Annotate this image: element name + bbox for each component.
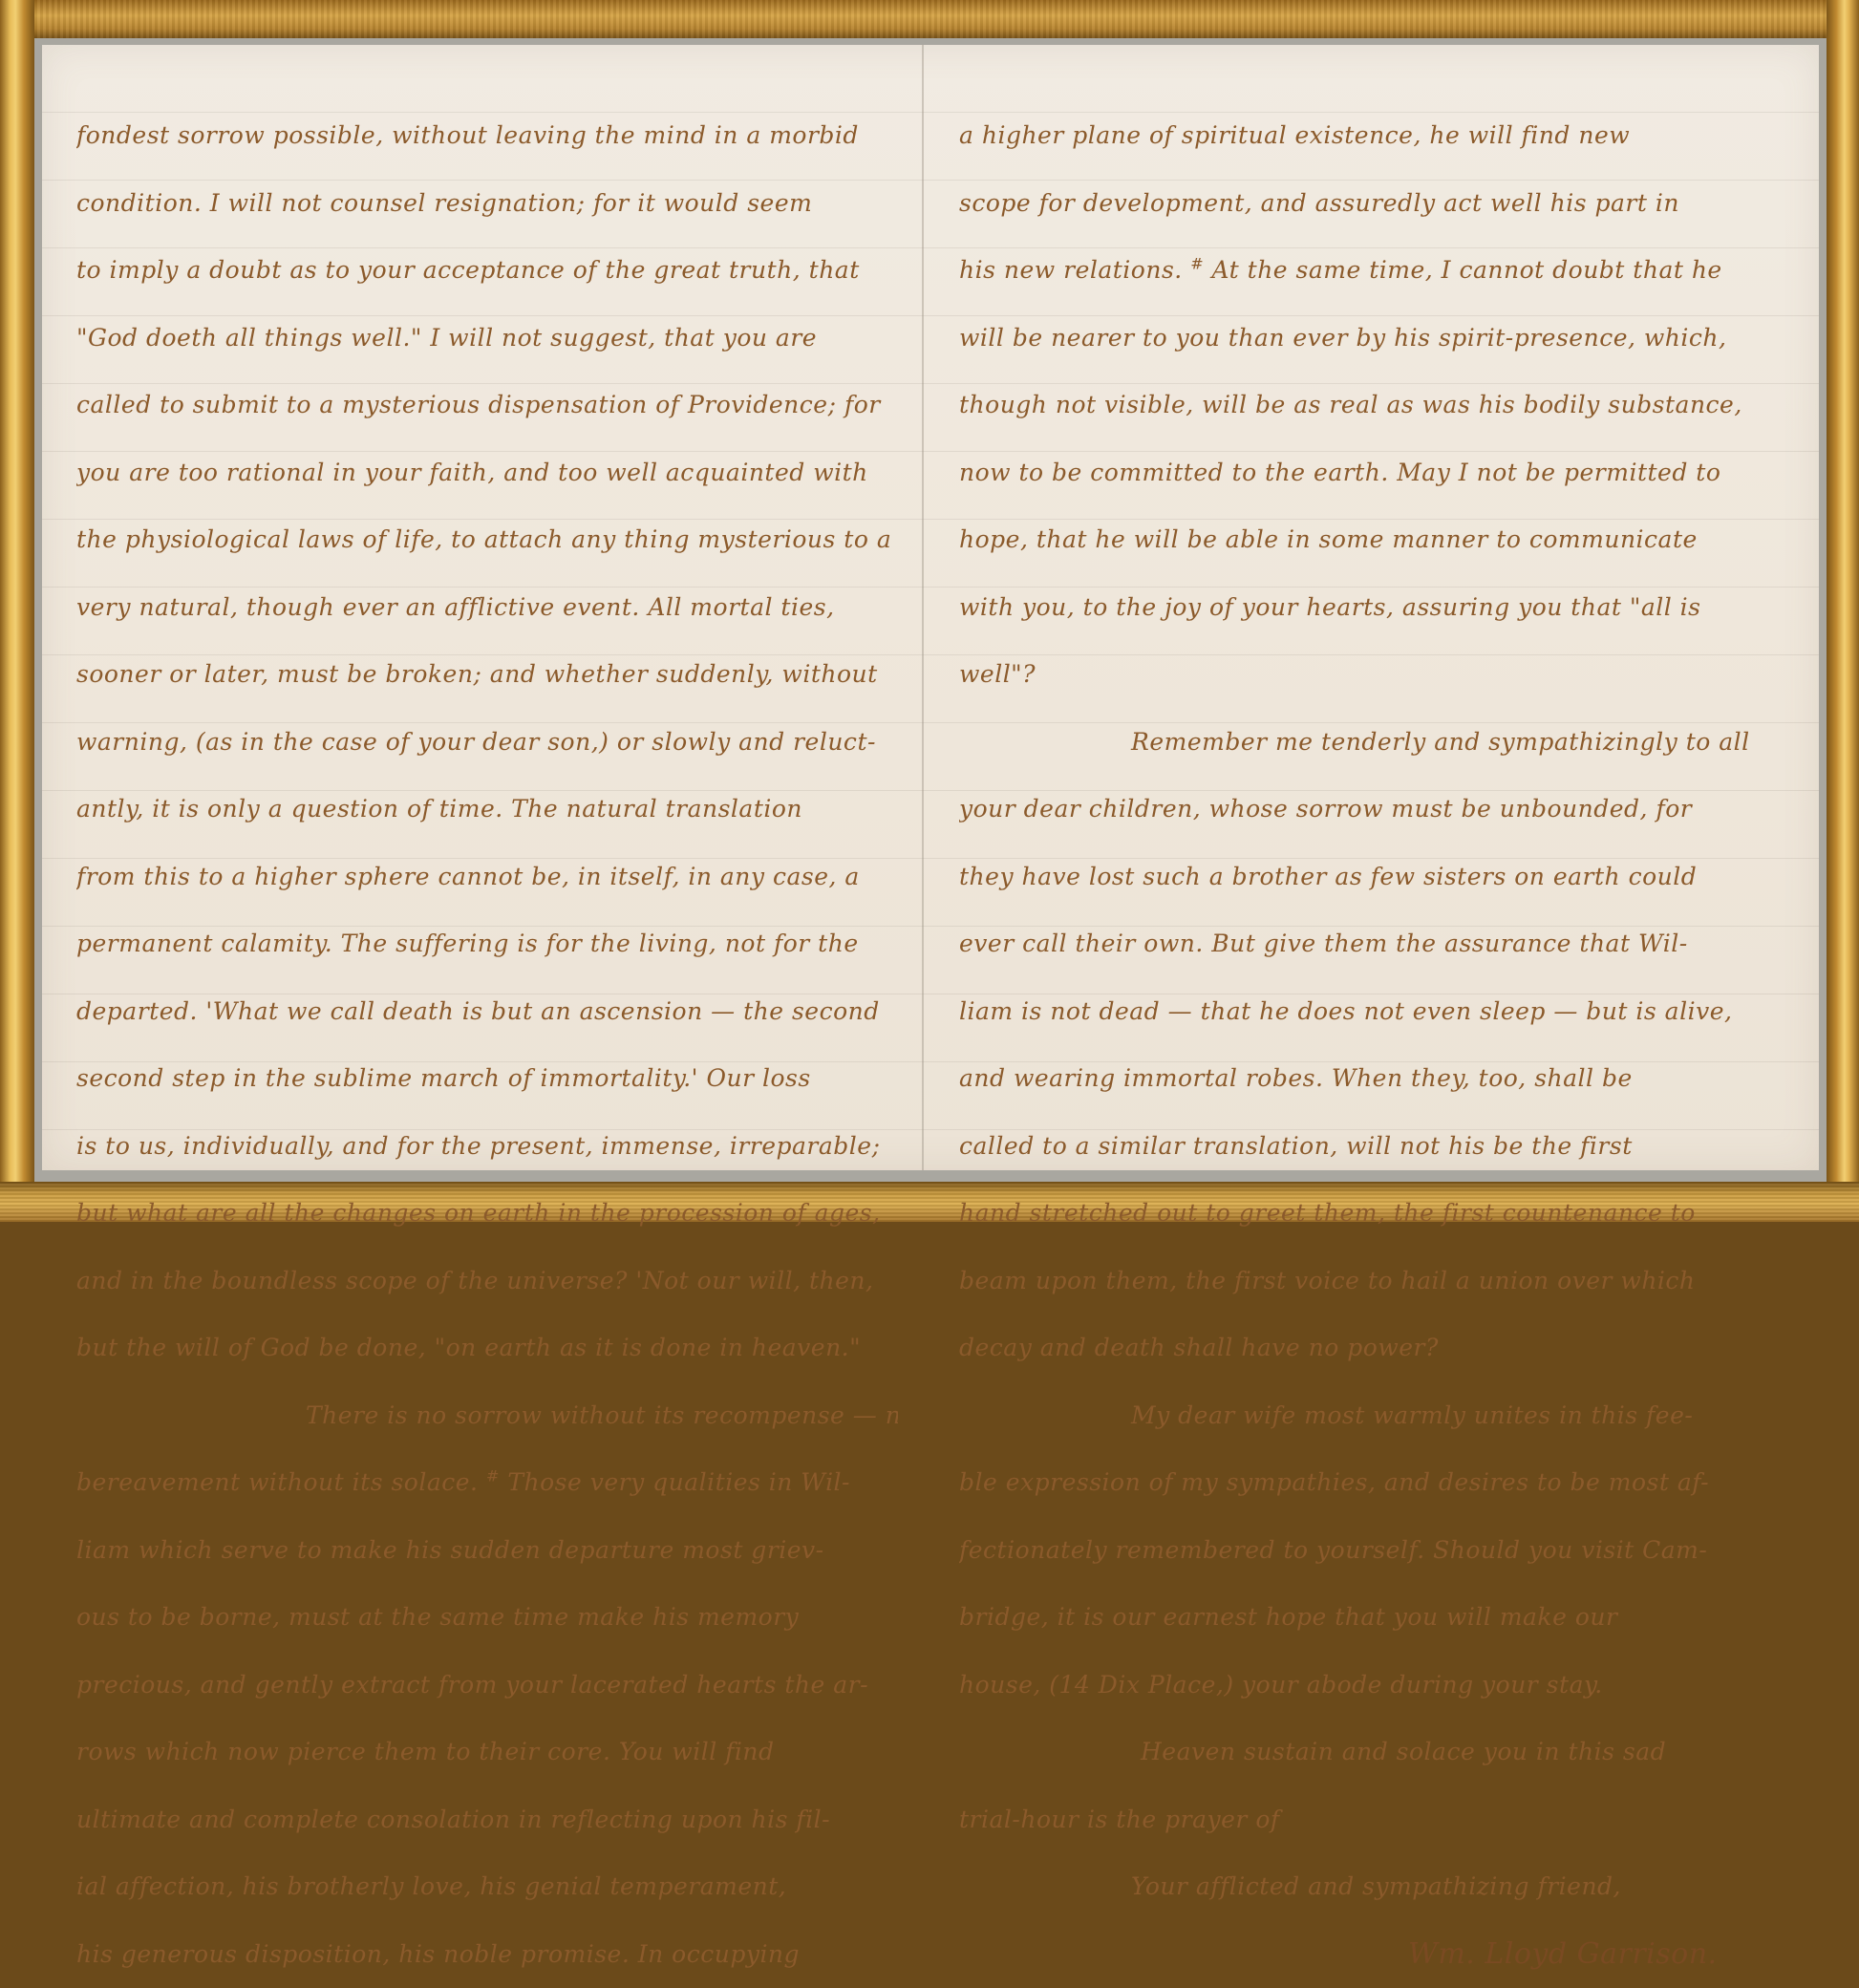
- frame-left-rail: [0, 0, 34, 1222]
- center-fold-crease: [922, 45, 924, 1170]
- text-segment: his new relations.: [959, 256, 1183, 284]
- text-line: with you, to the joy of your hearts, ass…: [959, 574, 1781, 642]
- paragraph-start-line: Remember me tenderly and sympathizingly …: [959, 709, 1781, 777]
- text-line: well"?: [959, 641, 1781, 709]
- insertion-mark: #: [1190, 255, 1204, 273]
- text-line: second step in the sublime march of immo…: [76, 1045, 898, 1113]
- text-line: called to a similar translation, will no…: [959, 1113, 1781, 1181]
- letter-sheet: fondest sorrow possible, without leaving…: [42, 45, 1819, 1170]
- text-line: scope for development, and assuredly act…: [959, 170, 1781, 238]
- text-line: is to us, individually, and for the pres…: [76, 1113, 898, 1181]
- text-line: now to be committed to the earth. May I …: [959, 439, 1781, 507]
- text-line: called to submit to a mysterious dispens…: [76, 372, 898, 439]
- text-line: permanent calamity. The suffering is for…: [76, 910, 898, 978]
- text-line: warning, (as in the case of your dear so…: [76, 709, 898, 777]
- text-line: they have lost such a brother as few sis…: [959, 844, 1781, 911]
- text-line: from this to a higher sphere cannot be, …: [76, 844, 898, 911]
- left-page: fondest sorrow possible, without leaving…: [76, 102, 898, 1222]
- text-line: antly, it is only a question of time. Th…: [76, 776, 898, 844]
- text-line: liam is not dead — that he does not even…: [959, 978, 1781, 1046]
- text-line: fondest sorrow possible, without leaving…: [76, 102, 898, 170]
- text-line: but what are all the changes on earth in…: [76, 1180, 898, 1222]
- frame-right-rail: [1827, 0, 1859, 1222]
- frame-top-rail: [0, 0, 1859, 38]
- text-line-with-insertion: his new relations. # At the same time, I…: [959, 237, 1781, 305]
- text-line: to imply a doubt as to your acceptance o…: [76, 237, 898, 305]
- right-page: a higher plane of spiritual existence, h…: [959, 102, 1781, 1222]
- text-line: hand stretched out to greet them, the fi…: [959, 1180, 1781, 1222]
- text-line: a higher plane of spiritual existence, h…: [959, 102, 1781, 170]
- text-line: condition. I will not counsel resignatio…: [76, 170, 898, 238]
- text-line: the physiological laws of life, to attac…: [76, 506, 898, 574]
- gilt-picture-frame: fondest sorrow possible, without leaving…: [0, 0, 1859, 1222]
- text-line: sooner or later, must be broken; and whe…: [76, 641, 898, 709]
- text-segment: At the same time, I cannot doubt that he: [1212, 256, 1722, 284]
- text-line: very natural, though ever an afflictive …: [76, 574, 898, 642]
- text-line: your dear children, whose sorrow must be…: [959, 776, 1781, 844]
- text-line: though not visible, will be as real as w…: [959, 372, 1781, 439]
- text-line: hope, that he will be able in some manne…: [959, 506, 1781, 574]
- text-line: you are too rational in your faith, and …: [76, 439, 898, 507]
- text-line: "God doeth all things well." I will not …: [76, 305, 898, 373]
- text-line: departed. 'What we call death is but an …: [76, 978, 898, 1046]
- text-line: ever call their own. But give them the a…: [959, 910, 1781, 978]
- text-line: will be nearer to you than ever by his s…: [959, 305, 1781, 373]
- text-line: and wearing immortal robes. When they, t…: [959, 1045, 1781, 1113]
